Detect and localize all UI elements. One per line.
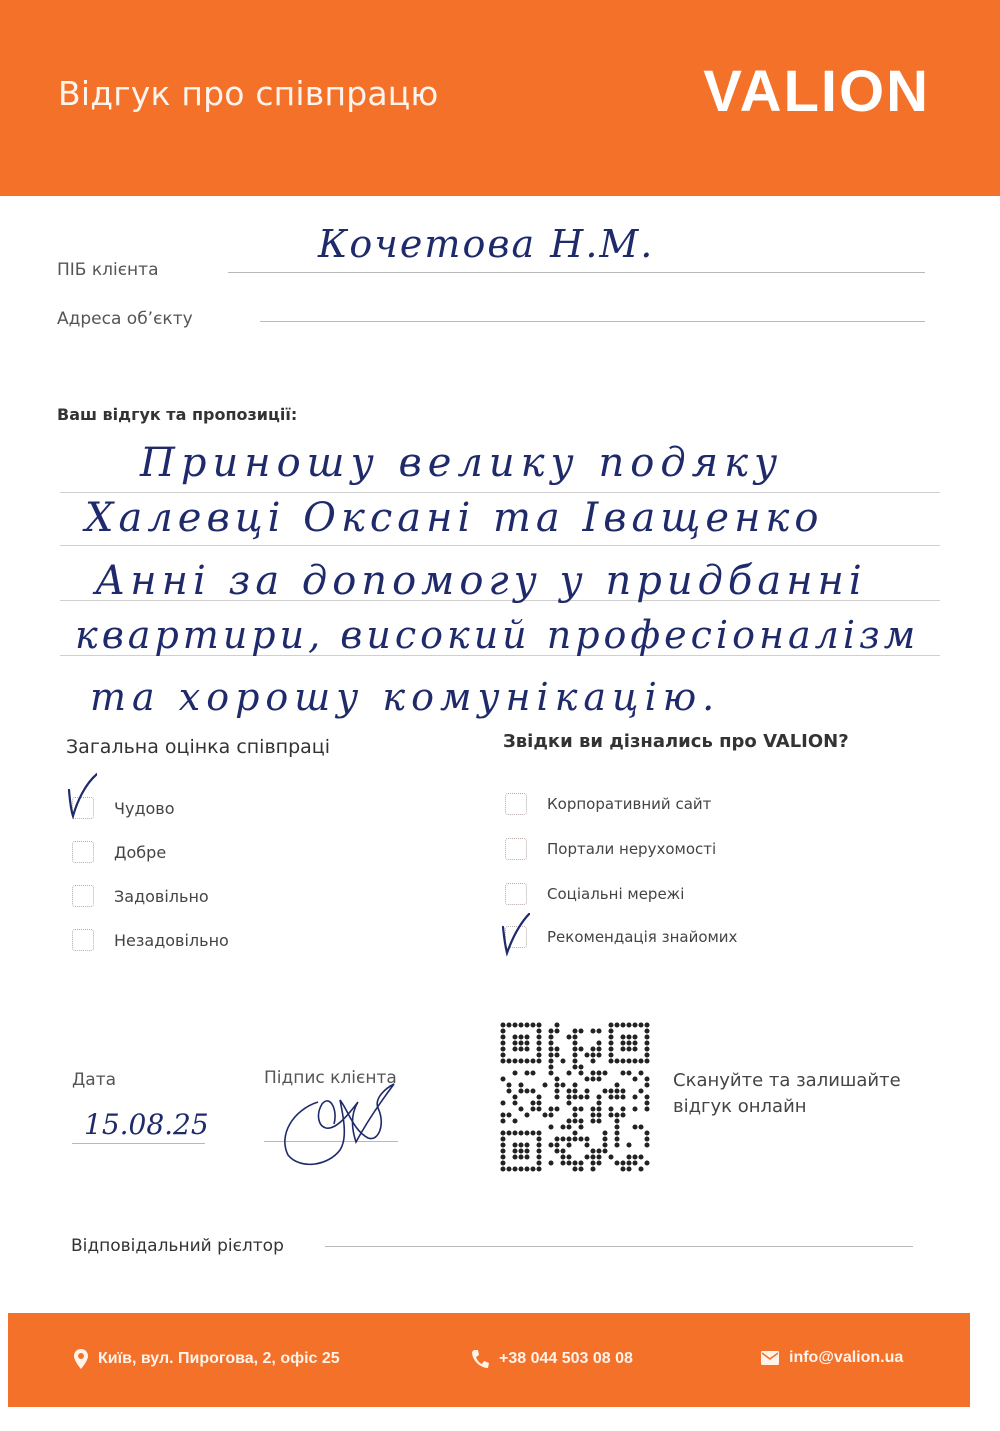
source-option-referral[interactable]: Рекомендація знайомих — [505, 926, 737, 948]
footer-address: Київ, вул. Пирогова, 2, офіс 25 — [74, 1349, 340, 1369]
address-line[interactable] — [260, 321, 925, 322]
feedback-line-2 — [60, 545, 940, 546]
rating-option-satisfactory[interactable]: Задовільно — [72, 885, 209, 907]
source-option-portals[interactable]: Портали нерухомості — [505, 838, 716, 860]
source-option-label: Портали нерухомості — [547, 840, 716, 858]
footer-email-text: info@valion.ua — [789, 1349, 903, 1367]
rating-option-good[interactable]: Добре — [72, 841, 166, 863]
source-title: Звідки ви дізнались про VALION? — [503, 731, 849, 752]
feedback-label: Ваш відгук та пропозиції: — [57, 405, 297, 424]
rating-title: Загальна оцінка співпраці — [66, 736, 330, 758]
checkbox[interactable] — [72, 885, 94, 907]
footer-email[interactable]: info@valion.ua — [761, 1349, 903, 1367]
checkbox[interactable] — [505, 883, 527, 905]
checkbox[interactable] — [505, 838, 527, 860]
feedback-text-line[interactable]: Приношу велику подяку — [140, 440, 783, 486]
source-option-website[interactable]: Корпоративний сайт — [505, 793, 711, 815]
feedback-text-line[interactable]: Анні за допомогу у придбанні — [95, 558, 867, 604]
rating-option-unsatisfactory[interactable]: Незадовільно — [72, 929, 229, 951]
rating-option-label: Незадовільно — [114, 931, 229, 950]
feedback-line-1 — [60, 492, 940, 493]
checkbox-checked[interactable] — [505, 926, 527, 948]
rating-option-label: Чудово — [114, 799, 175, 818]
footer-phone[interactable]: +38 044 503 08 08 — [471, 1349, 633, 1369]
check-mark-icon — [67, 772, 97, 820]
footer-phone-text: +38 044 503 08 08 — [499, 1350, 633, 1368]
source-option-social[interactable]: Соціальні мережі — [505, 883, 684, 905]
phone-icon — [471, 1349, 489, 1369]
rating-option-excellent[interactable]: Чудово — [72, 797, 175, 819]
client-name-label: ПІБ клієнта — [57, 260, 159, 280]
source-option-label: Соціальні мережі — [547, 885, 684, 903]
rating-option-label: Добре — [114, 843, 166, 862]
checkbox[interactable] — [505, 793, 527, 815]
source-option-label: Корпоративний сайт — [547, 795, 711, 813]
qr-caption-line: Скануйте та залишайте — [673, 1068, 901, 1094]
footer-banner: Київ, вул. Пирогова, 2, офіс 25 +38 044 … — [8, 1313, 970, 1407]
feedback-text-line[interactable]: та хорошу комунікацію. — [90, 675, 720, 719]
client-name-line — [228, 272, 925, 273]
footer-address-text: Київ, вул. Пирогова, 2, офіс 25 — [98, 1350, 340, 1368]
check-mark-icon — [500, 913, 530, 961]
address-label: Адреса об’єкту — [57, 309, 193, 329]
client-signature[interactable] — [278, 1080, 398, 1170]
date-value[interactable]: 15.08.25 — [84, 1108, 209, 1141]
checkbox[interactable] — [72, 841, 94, 863]
feedback-text-line[interactable]: квартири, високий професіоналізм — [75, 613, 919, 657]
rating-option-label: Задовільно — [114, 887, 209, 906]
qr-code[interactable] — [500, 1022, 650, 1172]
checkbox[interactable] — [72, 929, 94, 951]
feedback-text-line[interactable]: Халевці Оксані та Іващенко — [85, 495, 823, 541]
location-pin-icon — [74, 1349, 88, 1369]
header-banner: Відгук про співпрацю VALION — [0, 0, 1000, 196]
envelope-icon — [761, 1351, 779, 1365]
source-option-label: Рекомендація знайомих — [547, 928, 737, 946]
qr-caption: Скануйте та залишайте відгук онлайн — [673, 1068, 901, 1120]
valion-logo: VALION — [703, 58, 930, 125]
checkbox-checked[interactable] — [72, 797, 94, 819]
date-line — [72, 1143, 205, 1144]
client-name-value[interactable]: Кочетова Н.М. — [318, 222, 654, 266]
form-title: Відгук про співпрацю — [58, 74, 438, 113]
date-label: Дата — [72, 1070, 116, 1090]
realtor-label: Відповідальний рієлтор — [71, 1236, 284, 1256]
realtor-line[interactable] — [325, 1246, 913, 1247]
qr-caption-line: відгук онлайн — [673, 1094, 901, 1120]
